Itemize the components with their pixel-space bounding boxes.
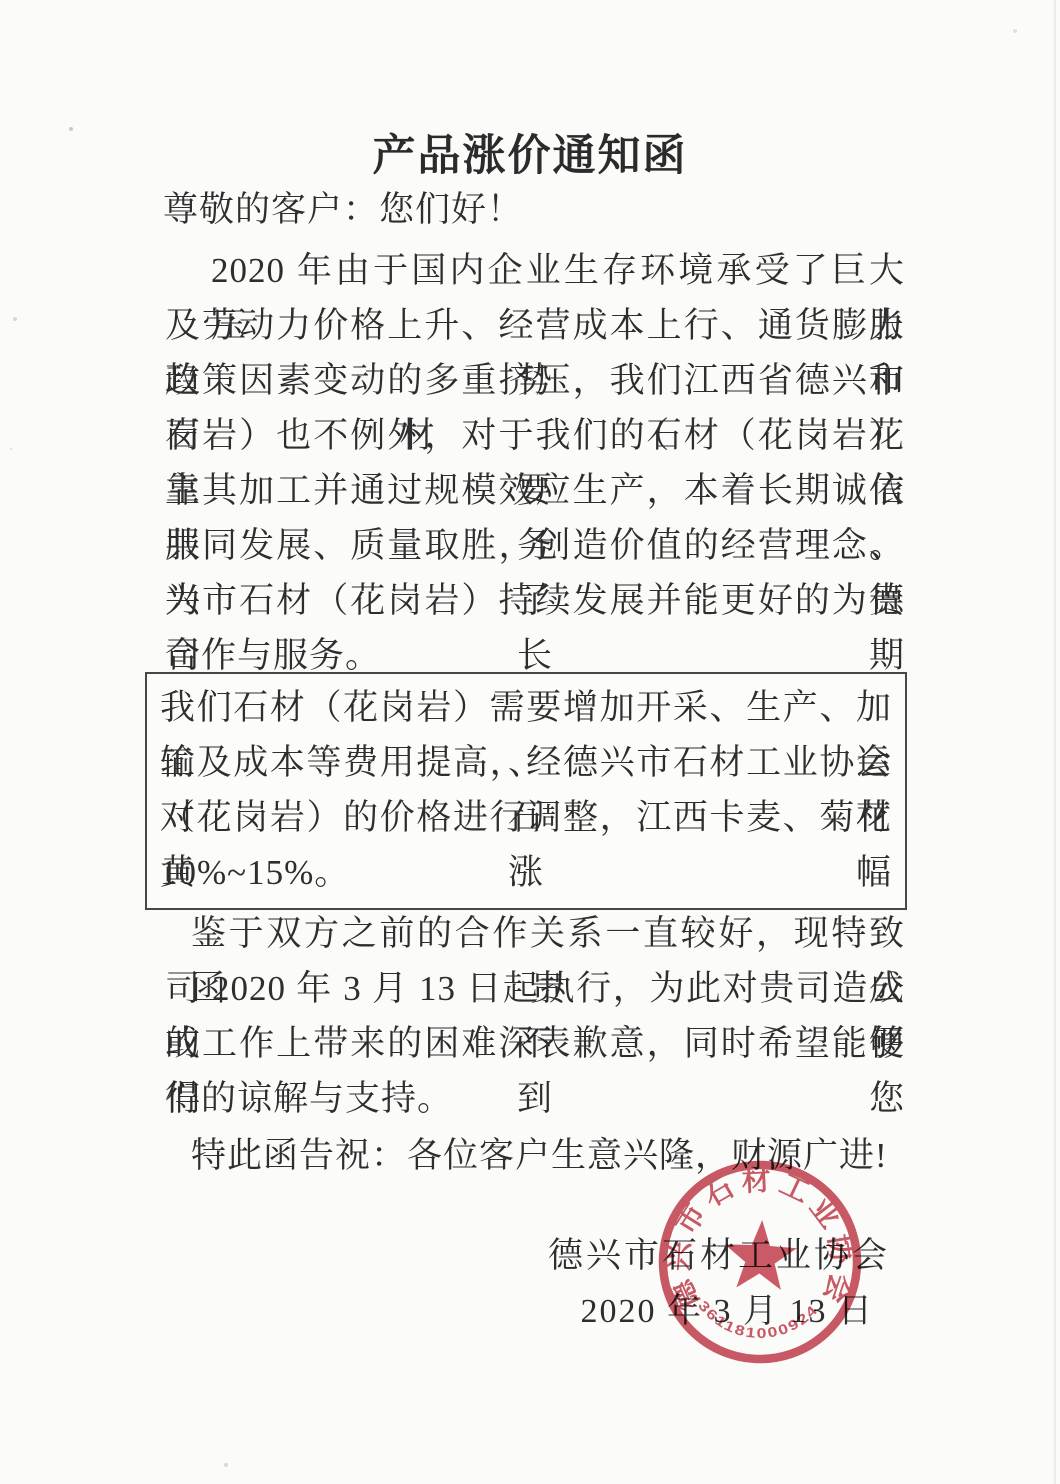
box-line: （花岗岩）的价格进行调整，江西卡麦、菊花黄涨幅 (160, 790, 892, 845)
box-line: 输及成本等费用提高，经德兴市石材工业协会对石材 (160, 735, 892, 790)
paragraph-1-line: 共同发展、质量取胜，创造价值的经营理念。为了德 (165, 518, 905, 573)
paragraph-2-line: 们的谅解与支持。 (165, 1071, 905, 1126)
price-adjustment-box: 我们石材（花岗岩）需要增加开采、生产、加工、运 输及成本等费用提高，经德兴市石材… (145, 672, 907, 910)
paragraph-1-line: 靠其加工并通过规模效应生产，本着长期诚信服务、 (165, 463, 905, 518)
paragraph-2-line: 鉴于双方之前的合作关系一直较好，现特致函贵公 (165, 906, 905, 961)
scan-specks (0, 0, 2, 2)
paragraph-2-line: 或工作上带来的困难深表歉意，同时希望能够得到您 (165, 1016, 905, 1071)
greeting-line: 尊敬的客户：您们好！ (163, 186, 523, 234)
scanned-letter-page: 产品涨价通知函 尊敬的客户：您们好！ 2020 年由于国内企业生存环境承受了巨大… (0, 0, 1060, 1484)
paragraph-1: 2020 年由于国内企业生存环境承受了巨大压力 及劳动力价格上升、经营成本上行、… (165, 243, 905, 683)
seal-number-holder: 361181000924 (694, 1295, 822, 1344)
letter-title: 产品涨价通知函 (0, 122, 1060, 183)
association-seal: 德兴市石材工业协会 361181000924 (650, 1152, 870, 1372)
paragraph-2: 鉴于双方之前的合作关系一直较好，现特致函贵公 司 2020 年 3 月 13 日… (165, 906, 905, 1126)
paragraph-1-line: 兴市石材（花岗岩）持续发展并能更好的为贵司长期 (165, 573, 905, 628)
paragraph-1-line: 2020 年由于国内企业生存环境承受了巨大压力 (165, 243, 905, 298)
paragraph-2-line: 司 2020 年 3 月 13 日起执行，为此对贵司造成的不便 (165, 961, 905, 1016)
scan-edge-shadow (1053, 0, 1056, 1484)
paragraph-1-line: 及劳动力价格上升、经营成本上行、通货膨胀趋势和 (165, 298, 905, 353)
seal-number: 361181000924 (694, 1295, 822, 1344)
paragraph-1-line: 岗岩）也不例外，对于我们的石材（花岗岩）主要依 (165, 408, 905, 463)
box-line: 我们石材（花岗岩）需要增加开采、生产、加工、运 (160, 680, 892, 735)
box-line: 10%~15%。 (160, 845, 892, 900)
seal-star-icon (723, 1218, 799, 1290)
paragraph-1-line: 政策因素变动的多重挤压，我们江西省德兴市石材（花 (165, 353, 905, 408)
